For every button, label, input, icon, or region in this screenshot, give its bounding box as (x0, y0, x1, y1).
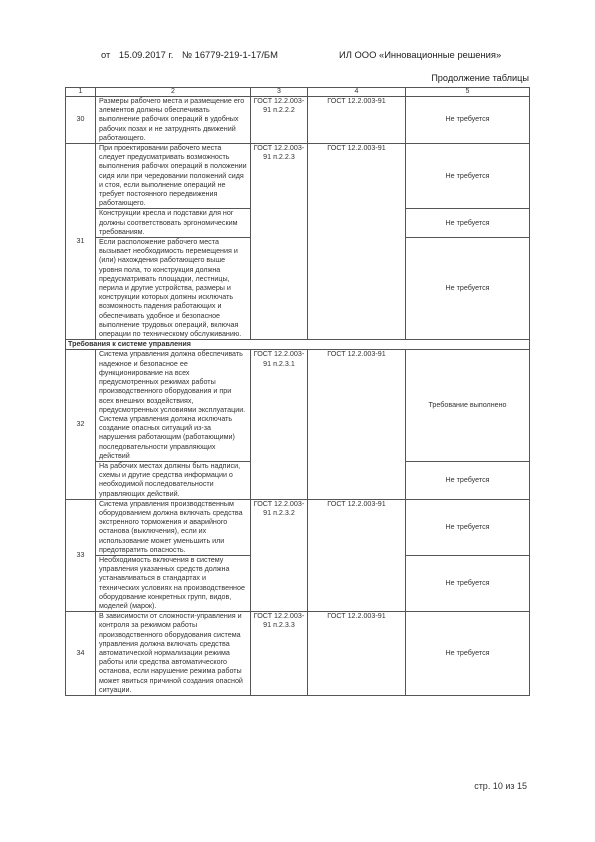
row-number: 30 (66, 97, 96, 144)
requirement-reference: ГОСТ 12.2.003-91 п.2.3.1 (251, 350, 308, 499)
result: Не требуется (406, 144, 530, 209)
normative-document: ГОСТ 12.2.003-91 (308, 499, 406, 611)
normative-document: ГОСТ 12.2.003-91 (308, 97, 406, 144)
result: Не требуется (406, 209, 530, 238)
requirement-reference: ГОСТ 12.2.003-91 п.2.2.3 (251, 144, 308, 340)
result: Требование выполнено (406, 350, 530, 461)
requirement-text: Размеры рабочего места и размещение его … (96, 97, 251, 144)
result: Не требуется (406, 612, 530, 696)
table-continuation-label: Продолжение таблицы (431, 73, 529, 83)
row-number: 33 (66, 499, 96, 611)
column-header: 3 (251, 88, 308, 97)
row-number: 34 (66, 612, 96, 696)
column-header: 1 (66, 88, 96, 97)
requirement-text: Если расположение рабочего места вызывае… (96, 238, 251, 340)
column-header: 5 (406, 88, 530, 97)
result: Не требуется (406, 97, 530, 144)
date-prefix: от (101, 49, 110, 60)
document-number: № 16779-219-1-17/БМ (182, 49, 278, 60)
table-row: 32 Система управления должна обеспечиват… (66, 350, 530, 461)
requirement-text: Система управления производственным обор… (96, 499, 251, 555)
table-row: 34 В зависимости от сложности-управления… (66, 612, 530, 696)
table-row: 33 Система управления производственным о… (66, 499, 530, 555)
document-date: 15.09.2017 г. (119, 49, 173, 60)
column-header: 4 (308, 88, 406, 97)
requirement-text: При проектировании рабочего места следуе… (96, 144, 251, 209)
normative-document: ГОСТ 12.2.003-91 (308, 350, 406, 499)
page-number: стр. 10 из 15 (474, 781, 527, 791)
table-header-row: 1 2 3 4 5 (66, 88, 530, 97)
row-number: 31 (66, 144, 96, 340)
section-title: Требования к системе управления (66, 340, 530, 350)
column-header: 2 (96, 88, 251, 97)
section-row: Требования к системе управления (66, 340, 530, 350)
requirement-text: Необходимость включения в систему управл… (96, 555, 251, 611)
result: Не требуется (406, 555, 530, 611)
requirement-text: Конструкции кресла и подставки для ног д… (96, 209, 251, 238)
requirement-text: На рабочих местах должны быть надписи, с… (96, 461, 251, 499)
requirement-reference: ГОСТ 12.2.003-91 п.2.3.3 (251, 612, 308, 696)
requirement-text: Система управления должна обеспечивать н… (96, 350, 251, 461)
normative-document: ГОСТ 12.2.003-91 (308, 144, 406, 340)
document-reference: от 15.09.2017 г. № 16779-219-1-17/БМ (101, 49, 284, 60)
result: Не требуется (406, 238, 530, 340)
result: Не требуется (406, 499, 530, 555)
requirement-text: В зависимости от сложности-управления и … (96, 612, 251, 696)
table-row: 30 Размеры рабочего места и размещение е… (66, 97, 530, 144)
requirements-table: 1 2 3 4 5 30 Размеры рабочего места и ра… (65, 87, 530, 696)
result: Не требуется (406, 461, 530, 499)
table-row: 31 При проектировании рабочего места сле… (66, 144, 530, 209)
organization-name: ИЛ ООО «Инновационные решения» (339, 49, 501, 60)
row-number: 32 (66, 350, 96, 499)
normative-document: ГОСТ 12.2.003-91 (308, 612, 406, 696)
requirement-reference: ГОСТ 12.2.003-91 п.2.2.2 (251, 97, 308, 144)
requirement-reference: ГОСТ 12.2.003-91 п.2.3.2 (251, 499, 308, 611)
